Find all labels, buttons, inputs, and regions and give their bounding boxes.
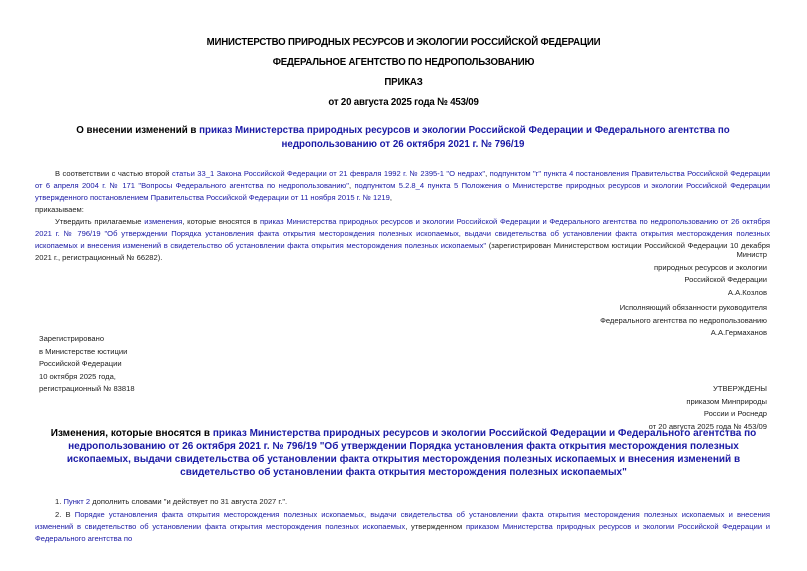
signature-name: А.А.Гермаханов <box>600 327 767 340</box>
preamble-text: В соответствии с частью второй <box>55 169 172 178</box>
changes-title-prefix: Изменения, которые вносятся в <box>51 428 213 439</box>
item-2: 2. В Порядке установления факта открытия… <box>35 509 770 545</box>
registration-block: Зарегистрировано в Министерстве юстиции … <box>39 333 135 396</box>
approved-line: приказом Минприроды <box>649 396 767 409</box>
order-word: приказываем: <box>35 204 770 216</box>
minister-signature: Министр природных ресурсов и экологии Ро… <box>654 249 767 299</box>
item-1-point-link[interactable]: Пункт 2 <box>63 497 90 506</box>
doc-date-number: от 20 августа 2025 года № 453/09 <box>32 96 774 108</box>
agency-heading: ФЕДЕРАЛЬНОЕ АГЕНТСТВО ПО НЕДРОПОЛЬЗОВАНИ… <box>32 56 774 68</box>
signature-line: Исполняющий обязанности руководителя <box>600 302 767 315</box>
registration-number: регистрационный № 83818 <box>39 383 135 396</box>
approved-line: России и Роснедр <box>649 408 767 421</box>
title-prefix: О внесении изменений в <box>76 124 199 136</box>
agency-head-signature: Исполняющий обязанности руководителя Фед… <box>600 302 767 340</box>
document-title: О внесении изменений в приказ Министерст… <box>54 123 752 151</box>
approve-text: Утвердить прилагаемые <box>55 217 144 226</box>
changes-title: Изменения, которые вносятся в приказ Мин… <box>35 427 772 479</box>
item-text: , утвержденном <box>405 522 466 531</box>
item-number: 2. В <box>55 510 75 519</box>
approve-text: , которые вносятся в <box>182 217 260 226</box>
item-text: дополнить словами "и действует по 31 авг… <box>90 497 287 506</box>
approved-line: УТВЕРЖДЕНЫ <box>649 383 767 396</box>
registration-line: Российской Федерации <box>39 358 135 371</box>
registration-line: Зарегистрировано <box>39 333 135 346</box>
preamble-text: , <box>390 193 392 202</box>
approved-block: УТВЕРЖДЕНЫ приказом Минприроды России и … <box>649 383 767 433</box>
signature-line: Федерального агентства по недропользован… <box>600 315 767 328</box>
preamble-paragraph: В соответствии с частью второй статьи 33… <box>35 168 770 204</box>
title-order-link[interactable]: приказ Министерства природных ресурсов и… <box>199 124 730 150</box>
item-1: 1. Пункт 2 дополнить словами "и действуе… <box>35 496 770 508</box>
law-article-link[interactable]: статьи 33_1 Закона Российской Федерации … <box>172 169 485 178</box>
signature-line: природных ресурсов и экологии <box>654 262 767 275</box>
registration-line: 10 октября 2025 года, <box>39 371 135 384</box>
doc-type-heading: ПРИКАЗ <box>32 76 774 88</box>
signature-line: Министр <box>654 249 767 262</box>
ministry-heading: МИНИСТЕРСТВО ПРИРОДНЫХ РЕСУРСОВ И ЭКОЛОГ… <box>32 36 774 48</box>
signature-name: А.А.Козлов <box>654 287 767 300</box>
changes-link[interactable]: изменения <box>144 217 182 226</box>
registration-line: в Министерстве юстиции <box>39 346 135 359</box>
signature-line: Российской Федерации <box>654 274 767 287</box>
